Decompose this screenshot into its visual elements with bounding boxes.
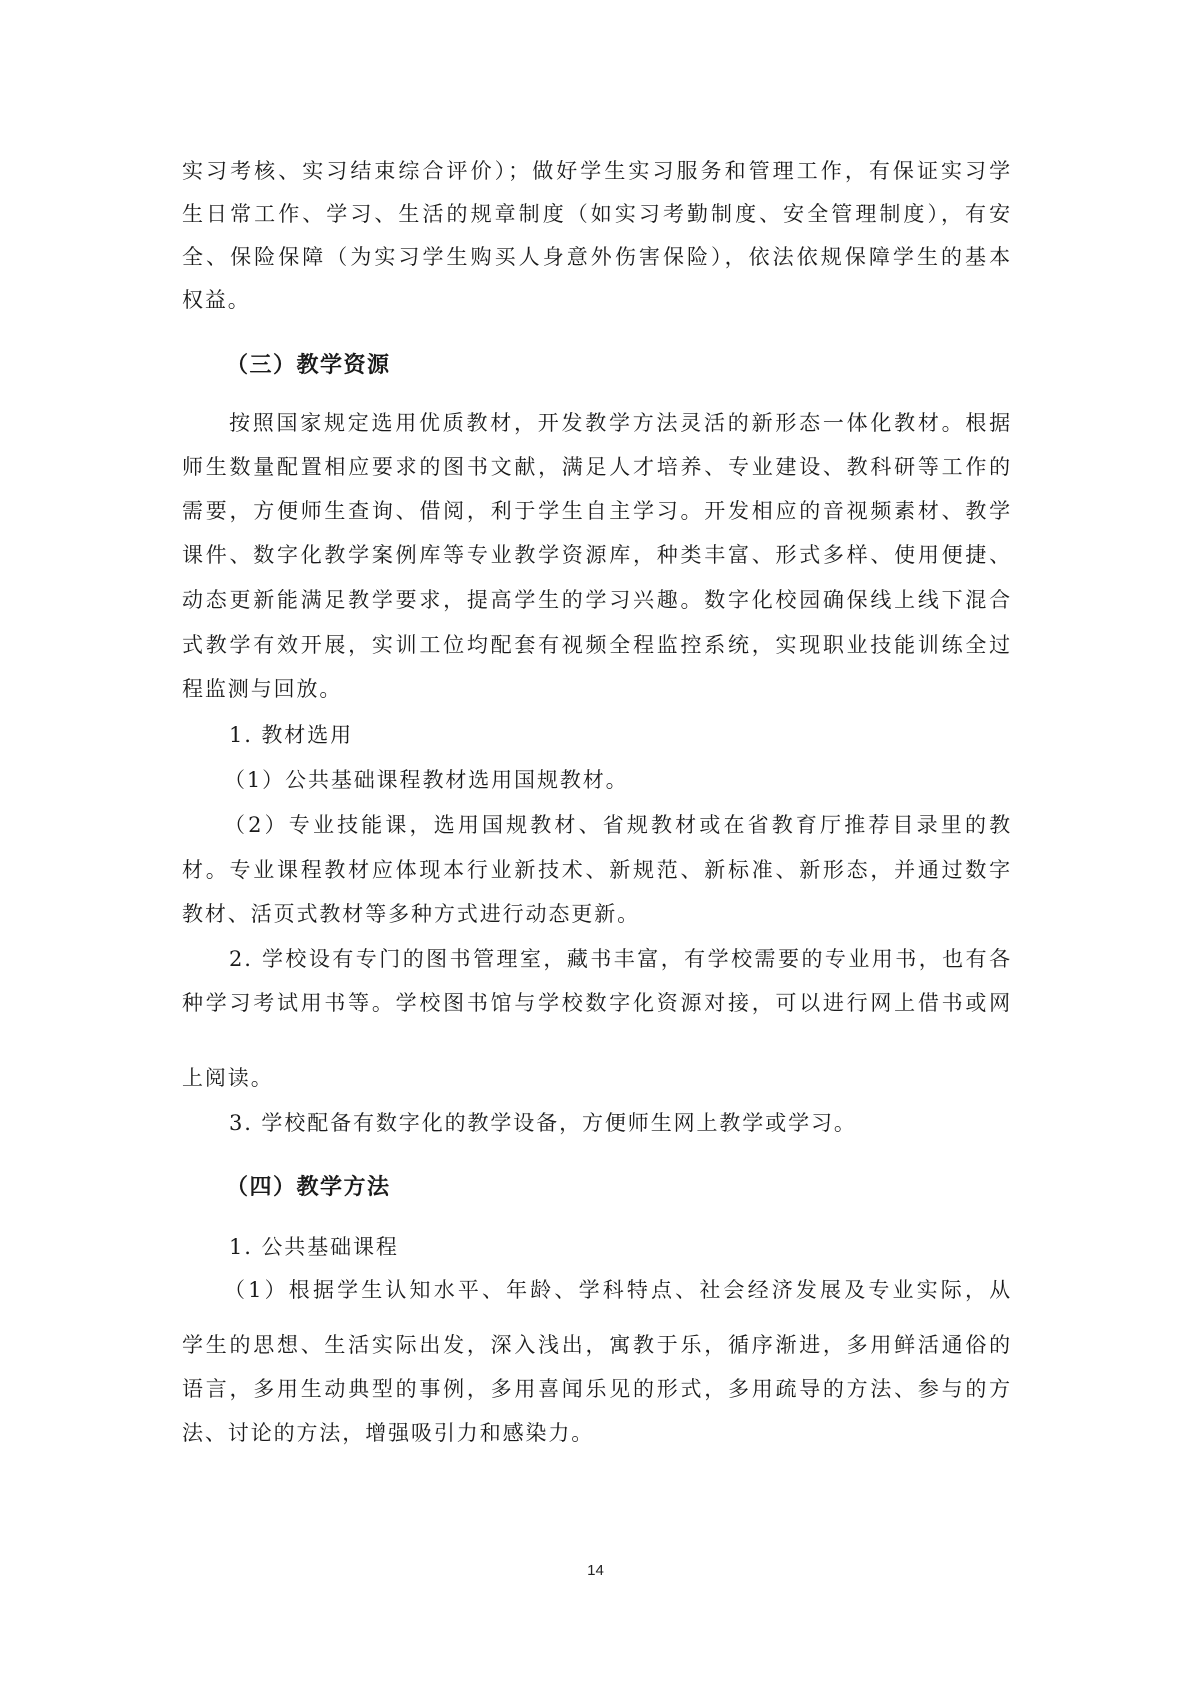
body-text-line: 程监测与回放。 <box>182 674 1012 704</box>
list-item-line: 学生的思想、生活实际出发，深入浅出，寓教于乐，循序渐进，多用鲜活通俗的 <box>182 1330 1012 1360</box>
body-text-line: 按照国家规定选用优质教材，开发教学方法灵活的新形态一体化教材。根据 <box>229 408 1012 438</box>
page-number: 14 <box>0 1562 1191 1579</box>
body-text-line: 种学习考试用书等。学校图书馆与学校数字化资源对接，可以进行网上借书或网 <box>182 988 1012 1018</box>
document-page: 实习考核、实习结束综合评价）；做好学生实习服务和管理工作，有保证实习学 生日常工… <box>0 0 1191 1684</box>
body-text-line: 上阅读。 <box>182 1063 1012 1093</box>
body-text-line: 动态更新能满足教学要求，提高学生的学习兴趣。数字化校园确保线上线下混合 <box>182 585 1012 615</box>
body-text-line: 需要，方便师生查询、借阅，利于学生自主学习。开发相应的音视频素材、教学 <box>182 496 1012 526</box>
body-text-line: 权益。 <box>182 285 1012 315</box>
list-heading: 1. 公共基础课程 <box>229 1232 1012 1262</box>
body-text-line: 师生数量配置相应要求的图书文献，满足人才培养、专业建设、教科研等工作的 <box>182 452 1012 482</box>
body-text-line: 实习考核、实习结束综合评价）；做好学生实习服务和管理工作，有保证实习学 <box>182 156 1012 186</box>
list-item-line: 法、讨论的方法，增强吸引力和感染力。 <box>182 1418 1012 1448</box>
section-heading: （四）教学方法 <box>226 1171 391 1205</box>
section-heading: （三）教学资源 <box>226 349 391 383</box>
body-text-line: 式教学有效开展，实训工位均配套有视频全程监控系统，实现职业技能训练全过 <box>182 630 1012 660</box>
list-item-line: （1）公共基础课程教材选用国规教材。 <box>224 765 1012 795</box>
body-text-line: 生日常工作、学习、生活的规章制度（如实习考勤制度、安全管理制度），有安 <box>182 199 1012 229</box>
list-item-line: 语言，多用生动典型的事例，多用喜闻乐见的形式，多用疏导的方法、参与的方 <box>182 1374 1012 1404</box>
list-item-line: （1）根据学生认知水平、年龄、学科特点、社会经济发展及专业实际，从 <box>224 1275 1012 1305</box>
body-text-line: 2. 学校设有专门的图书管理室，藏书丰富，有学校需要的专业用书，也有各 <box>229 944 1012 974</box>
body-text-line: 全、保险保障（为实习学生购买人身意外伤害保险），依法依规保障学生的基本 <box>182 242 1012 272</box>
list-item-line: 教材、活页式教材等多种方式进行动态更新。 <box>182 899 1012 929</box>
body-text-line: 3. 学校配备有数字化的教学设备，方便师生网上教学或学习。 <box>229 1108 1012 1138</box>
list-item-line: （2）专业技能课，选用国规教材、省规教材或在省教育厅推荐目录里的教 <box>224 810 1012 840</box>
list-heading: 1. 教材选用 <box>229 720 1012 750</box>
list-item-line: 材。专业课程教材应体现本行业新技术、新规范、新标准、新形态，并通过数字 <box>182 855 1012 885</box>
body-text-line: 课件、数字化教学案例库等专业教学资源库，种类丰富、形式多样、使用便捷、 <box>182 540 1012 570</box>
